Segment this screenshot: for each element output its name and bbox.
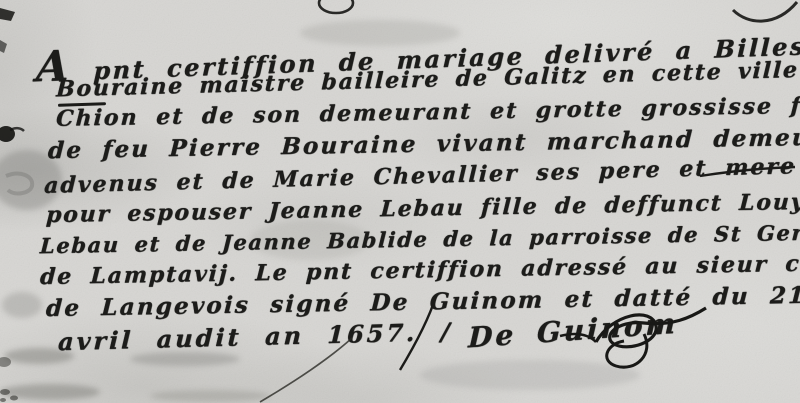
edge-ink-mark <box>0 8 15 21</box>
bleed-smudge <box>150 390 270 402</box>
bleed-smudge <box>2 292 42 318</box>
edge-ink-mark <box>0 40 7 53</box>
bleed-smudge <box>420 360 640 390</box>
bleed-smudge <box>130 352 240 366</box>
bleed-smudge <box>0 384 100 400</box>
edge-ink-blot <box>0 126 24 142</box>
edge-ink-mark <box>0 357 11 367</box>
handwriting-line: avril audit an 1657. / <box>57 317 453 356</box>
top-loop-stroke <box>319 0 353 13</box>
edge-smudge-curl <box>6 174 32 194</box>
manuscript-page: A pnt certiffion de mariage delivré a Bi… <box>0 0 800 403</box>
edge-speck-cluster <box>0 389 18 402</box>
